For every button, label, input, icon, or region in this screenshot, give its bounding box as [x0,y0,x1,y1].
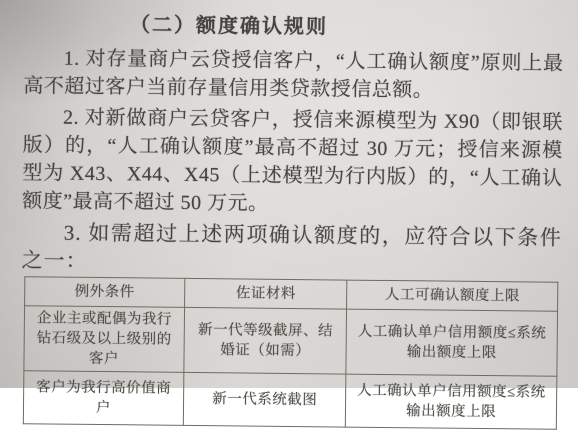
header-supporting-material: 佐证材料 [184,278,347,309]
paragraph-rule-1: 1. 对存量商户云贷授信客户，“人工确认额度”原则上最高不超过客户当前存量信用类… [23,44,564,106]
table-row: 企业主或配偶为我行钻石级及以上级别的客户 新一代等级截屏、结婚证（如需） 人工确… [24,306,558,377]
document-page: （二）额度确认规则 1. 对存量商户云贷授信客户，“人工确认额度”原则上最高不超… [20,5,564,388]
section-title: （二）额度确认规则 [130,8,564,42]
header-exception-condition: 例外条件 [25,277,185,308]
paragraph-rule-2: 2. 对新做商户云贷客户，授信来源模型为 X90（即银联版）的，“人工确认额度”… [22,103,563,221]
cell-material-system-screenshot: 新一代系统截图 [183,372,346,388]
cell-limit-system-output-1: 人工确认单户信用额度≤系统输出额度上限 [346,309,557,376]
header-manual-limit: 人工可确认额度上限 [347,280,558,311]
cell-condition-high-value-merchant: 客户为我行高价值商户 [23,371,183,388]
exception-conditions-table: 例外条件 佐证材料 人工可确认额度上限 企业主或配偶为我行钻石级及以上级别的客户… [23,276,559,388]
cell-material-grade-screenshot: 新一代等级截屏、结婚证（如需） [184,307,347,374]
paragraph-rule-3: 3. 如需超过上述两项确认额度的，应符合以下条件之一： [21,218,562,280]
cell-limit-system-output-2: 人工确认单户信用额度≤系统输出额度上限 [346,374,557,388]
cell-condition-diamond-customer: 企业主或配偶为我行钻石级及以上级别的客户 [24,306,185,373]
